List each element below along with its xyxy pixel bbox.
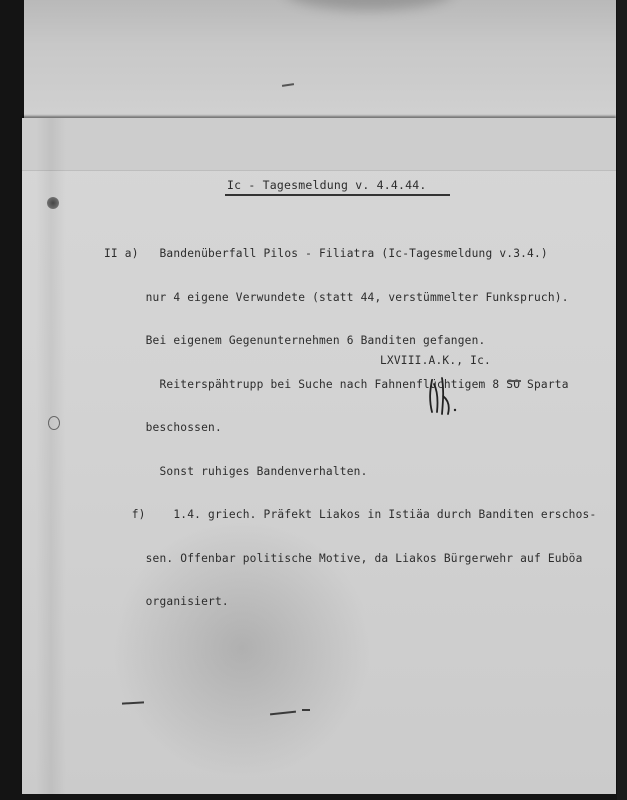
report-line: Reiterspähtrupp bei Suche nach Fahnenflü…	[104, 378, 596, 393]
report-line: II a) Bandenüberfall Pilos - Filiatra (I…	[104, 247, 596, 262]
report-line: organisiert.	[104, 595, 596, 610]
report-line: f) 1.4. griech. Präfekt Liakos in Istiäa…	[104, 508, 596, 523]
document-scan: Ic - Tagesmeldung v. 4.4.44. II a) Bande…	[0, 0, 627, 800]
underlying-sheet	[24, 0, 616, 130]
report-line: beschossen.	[104, 421, 596, 436]
report-line: sen. Offenbar politische Motive, da Liak…	[104, 552, 596, 567]
left-fold-shadow	[36, 118, 66, 794]
main-sheet: Ic - Tagesmeldung v. 4.4.44. II a) Bande…	[22, 118, 616, 794]
scan-border	[617, 0, 627, 800]
report-line: Bei eigenem Gegenunternehmen 6 Banditen …	[104, 334, 596, 349]
sheet-top-band	[22, 118, 616, 171]
punch-hole-outline-icon	[48, 416, 60, 430]
document-title: Ic - Tagesmeldung v. 4.4.44.	[227, 178, 426, 193]
report-line: nur 4 eigene Verwundete (statt 44, verst…	[104, 291, 596, 306]
punch-hole-icon	[47, 197, 59, 209]
ink-scratch	[302, 709, 310, 711]
title-underline	[225, 194, 450, 196]
report-body: II a) Bandenüberfall Pilos - Filiatra (I…	[104, 218, 596, 639]
report-line: Sonst ruhiges Bandenverhalten.	[104, 465, 596, 480]
handwritten-signature-icon	[426, 376, 462, 416]
shadow-blot	[284, 0, 454, 10]
ink-dash	[508, 380, 521, 382]
signature-unit: LXVIII.A.K., Ic.	[380, 354, 491, 369]
ink-mark	[282, 83, 294, 87]
